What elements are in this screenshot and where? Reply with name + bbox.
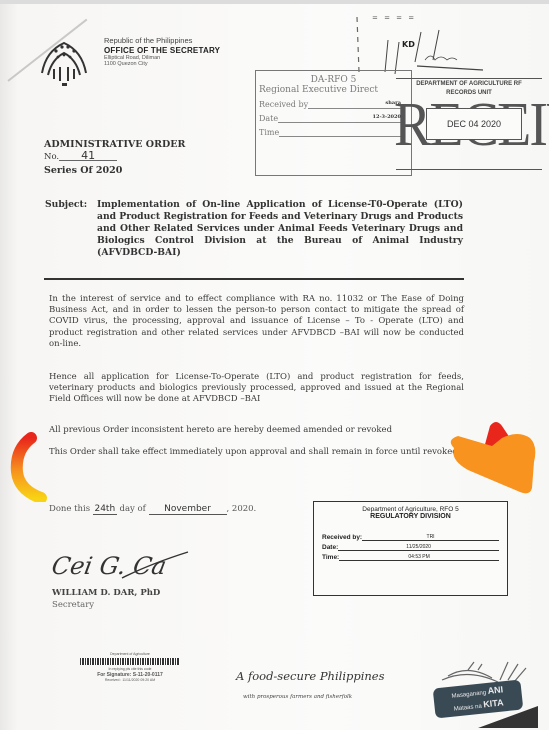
signatory-name: WILLIAM D. DAR, PhD (52, 588, 160, 598)
page-corner (478, 706, 538, 728)
body-paragraph: Hence all application for License-To-Ope… (49, 372, 464, 406)
footer-motto: A food-secure Philippines (236, 669, 385, 683)
done-year: , 2020. (227, 504, 257, 514)
time-label: Time (259, 128, 279, 137)
date-value: 12-3-2020 (278, 114, 405, 123)
done-middle: day of (120, 504, 146, 514)
letterhead-city: 1100 Quezon City (104, 61, 220, 67)
regulatory-date-row: Date:11/25/2020 (322, 544, 499, 551)
barcode-received: Received : 11/11/2020 09:20 AM (80, 678, 180, 683)
footer-motto-sub: with prosperous farmers and fisherfolk (243, 694, 352, 700)
body-paragraph: All previous Order inconsistent hereto a… (49, 425, 464, 436)
order-number-line: No.41 (44, 151, 185, 164)
body-paragraph: In the interest of service and to effect… (49, 294, 464, 350)
done-prefix: Done this (49, 504, 90, 514)
regional-title: Regional Executive Direct (259, 85, 411, 95)
regulatory-division-stamp: Department of Agriculture, RFO 5 REGULAT… (313, 501, 508, 596)
body-paragraph: This Order shall take effect immediately… (49, 447, 464, 458)
date-label: Date (259, 114, 278, 123)
regulatory-division: REGULATORY DIVISION (314, 513, 507, 520)
top-edge (0, 0, 549, 4)
records-header: DEPARTMENT OF AGRICULTURE RF (396, 81, 542, 88)
done-day: 24th (93, 504, 117, 515)
regional-time-row: Time (259, 128, 411, 137)
order-series: Series Of 2020 (44, 164, 185, 177)
time-value: 04:53 PM (339, 554, 499, 561)
logo-bold1: ANI (487, 684, 503, 696)
letterhead-country: Republic of the Philippines (104, 37, 220, 46)
date-value: 11/25/2020 (338, 544, 499, 551)
barcode-header: Department of Agriculture (80, 652, 180, 657)
order-title: ADMINISTRATIVE ORDER (44, 138, 185, 151)
received-by-label: Received by: (322, 534, 362, 541)
received-by-label: Received by (259, 100, 308, 109)
document-page: Republic of the Philippines OFFICE OF TH… (0, 0, 549, 730)
regional-director-stamp: DA-RFO 5 Regional Executive Direct Recei… (255, 70, 412, 176)
done-month: November (149, 504, 227, 515)
regional-received-row: Received byshara (259, 100, 411, 109)
regulatory-received-row: Received by:TRI (322, 534, 499, 541)
date-label: Date: (322, 544, 338, 551)
order-number-label: No. (44, 152, 59, 162)
order-heading: ADMINISTRATIVE ORDER No.41 Series Of 202… (44, 138, 185, 177)
logo-line1: Masaganang (451, 690, 486, 700)
subject-label: Subject: (45, 199, 97, 259)
signature-stroke-icon (120, 550, 190, 580)
letterhead-office: OFFICE OF THE SECRETARY (104, 46, 220, 55)
received-date: DEC 04 2020 (426, 108, 522, 140)
time-value (279, 128, 405, 137)
done-date-line: Done this 24th day of November, 2020. (49, 504, 256, 515)
barcode-block: Department of Agriculture In replying pl… (80, 652, 180, 683)
heart-emoji-icon (444, 418, 540, 496)
department-seal-icon (36, 33, 92, 89)
records-received-stamp: DEPARTMENT OF AGRICULTURE RF RECORDS UNI… (396, 78, 542, 170)
subject-divider (44, 278, 464, 280)
regulatory-time-row: Time:04:53 PM (322, 554, 499, 561)
received-by-value: shara (308, 100, 405, 109)
crescent-emoji-icon (9, 432, 49, 502)
received-by-value: TRI (362, 534, 499, 541)
order-number: 41 (59, 151, 117, 161)
regional-date-row: Date12-3-2020 (259, 114, 411, 123)
barcode-icon (80, 658, 180, 665)
letterhead: Republic of the Philippines OFFICE OF TH… (104, 37, 220, 67)
subject-block: Subject: Implementation of On-line Appli… (45, 199, 463, 259)
regional-office: DA-RFO 5 (256, 75, 411, 85)
signatory-title: Secretary (52, 600, 94, 610)
time-label: Time: (322, 554, 339, 561)
ani-kita-logo: Masaganang ANI Mataas na KITA (428, 658, 538, 728)
subject-text: Implementation of On-line Application of… (97, 199, 463, 259)
regulatory-header: Department of Agriculture, RFO 5 (314, 506, 507, 513)
